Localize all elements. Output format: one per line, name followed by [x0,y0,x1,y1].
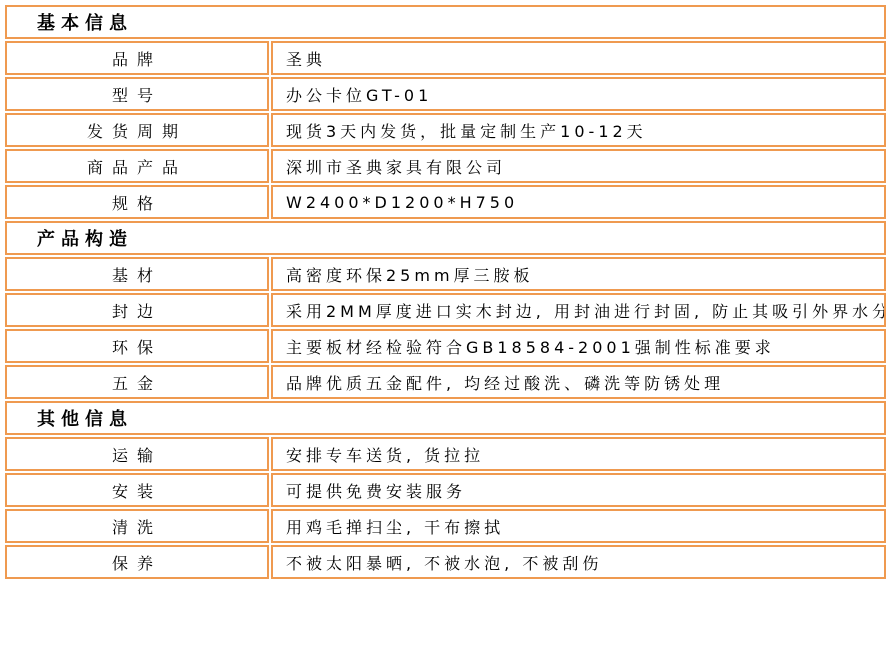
section-header-other-info: 其他信息 [5,401,886,435]
row-installation: 安装 可提供免费安装服务 [5,473,886,507]
row-label-installation: 安装 [5,473,269,507]
row-value-product-company: 深圳市圣典家具有限公司 [271,149,886,183]
row-value-edge-banding: 采用2MM厚度进口实木封边, 用封油进行封固, 防止其吸引外界水分. [271,293,886,327]
row-value-transport: 安排专车送货, 货拉拉 [271,437,886,471]
row-environmental: 环保 主要板材经检验符合GB18584-2001强制性标准要求 [5,329,886,363]
section-header-basic-info: 基本信息 [5,5,886,39]
row-label-edge-banding: 封边 [5,293,269,327]
row-label-model: 型号 [5,77,269,111]
row-delivery-cycle: 发货周期 现货3天内发货，批量定制生产10-12天 [5,113,886,147]
section-header-product-structure: 产品构造 [5,221,886,255]
row-specification: 规格 W2400*D1200*H750 [5,185,886,219]
row-value-delivery-cycle: 现货3天内发货，批量定制生产10-12天 [271,113,886,147]
product-spec-page: 基本信息 品牌 圣典 型号 办公卡位GT-01 发货周期 现货3天内发货，批量定… [0,0,891,645]
row-maintenance: 保养 不被太阳暴晒, 不被水泡, 不被刮伤 [5,545,886,579]
row-label-product-company: 商品产品 [5,149,269,183]
row-edge-banding: 封边 采用2MM厚度进口实木封边, 用封油进行封固, 防止其吸引外界水分. [5,293,886,327]
row-value-cleaning: 用鸡毛掸扫尘, 干布擦拭 [271,509,886,543]
row-base-material: 基材 高密度环保25mm厚三胺板 [5,257,886,291]
row-value-model: 办公卡位GT-01 [271,77,886,111]
row-value-hardware: 品牌优质五金配件, 均经过酸洗、磷洗等防锈处理 [271,365,886,399]
row-value-maintenance: 不被太阳暴晒, 不被水泡, 不被刮伤 [271,545,886,579]
row-brand: 品牌 圣典 [5,41,886,75]
row-product-company: 商品产品 深圳市圣典家具有限公司 [5,149,886,183]
row-label-transport: 运输 [5,437,269,471]
row-label-specification: 规格 [5,185,269,219]
section-row-basic-info: 基本信息 [5,5,886,39]
row-label-brand: 品牌 [5,41,269,75]
row-label-delivery-cycle: 发货周期 [5,113,269,147]
section-row-product-structure: 产品构造 [5,221,886,255]
row-label-cleaning: 清洗 [5,509,269,543]
row-value-base-material: 高密度环保25mm厚三胺板 [271,257,886,291]
section-row-other-info: 其他信息 [5,401,886,435]
row-value-specification: W2400*D1200*H750 [271,185,886,219]
product-spec-table: 基本信息 品牌 圣典 型号 办公卡位GT-01 发货周期 现货3天内发货，批量定… [3,3,888,581]
row-value-brand: 圣典 [271,41,886,75]
row-label-base-material: 基材 [5,257,269,291]
row-value-environmental: 主要板材经检验符合GB18584-2001强制性标准要求 [271,329,886,363]
row-transport: 运输 安排专车送货, 货拉拉 [5,437,886,471]
row-cleaning: 清洗 用鸡毛掸扫尘, 干布擦拭 [5,509,886,543]
row-label-hardware: 五金 [5,365,269,399]
row-label-environmental: 环保 [5,329,269,363]
row-value-installation: 可提供免费安装服务 [271,473,886,507]
row-hardware: 五金 品牌优质五金配件, 均经过酸洗、磷洗等防锈处理 [5,365,886,399]
row-label-maintenance: 保养 [5,545,269,579]
row-model: 型号 办公卡位GT-01 [5,77,886,111]
